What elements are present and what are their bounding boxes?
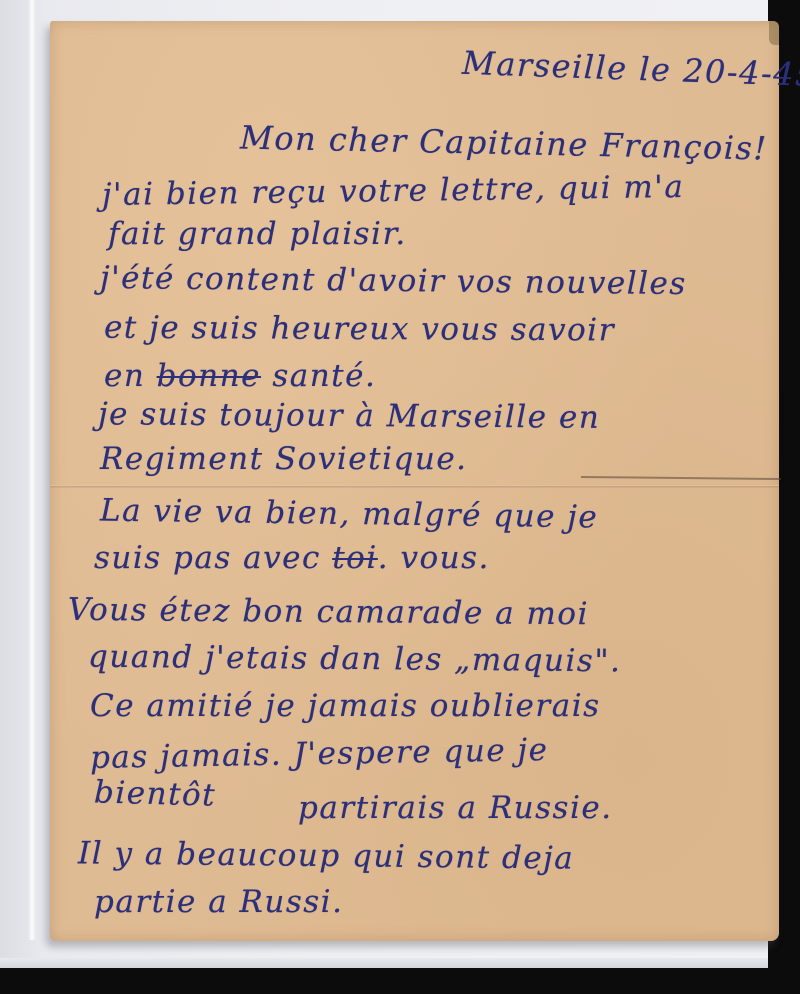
letter-line: bientôt: [94, 777, 217, 811]
letter-line: partirais a Russie.: [298, 793, 613, 824]
struck-word: bonne: [157, 358, 261, 394]
letter-line: Il y a beaucoup qui sont deja: [78, 838, 575, 874]
letter-line: Regiment Sovietique.: [100, 444, 468, 475]
letter-line: en bonne santé.: [104, 361, 376, 392]
letter-line: j'été content d'avoir vos nouvelles: [100, 263, 687, 300]
letter-line: j'ai bien reçu votre lettre, qui m'a: [102, 172, 685, 211]
paper-fold-line: [50, 485, 779, 488]
mount-edge-highlight: [28, 0, 36, 940]
struck-word: toi: [332, 540, 378, 576]
letter-line: La vie va bien, malgré que je: [100, 496, 599, 534]
salutation: Mon cher Capitaine François!: [240, 121, 768, 164]
letter-text: suis pas avec: [94, 540, 332, 576]
mount-bottom-edge: [0, 958, 768, 968]
letter-line: suis pas avec toi. vous.: [94, 543, 490, 574]
place-date: Marseille le 20-4-45: [462, 47, 800, 91]
letter-line: Ce amitié je jamais oublierais: [90, 691, 601, 722]
letter-line: pas jamais. J'espere que je: [90, 735, 549, 774]
paper-corner-stain: [769, 21, 779, 45]
letter-line: fait grand plaisir.: [108, 219, 407, 250]
paper-tear-line: [581, 476, 781, 480]
letter-text: santé.: [261, 358, 376, 394]
letter-text: . vous.: [378, 540, 490, 576]
letter-line: quand j'etais dan les „maquis".: [88, 642, 622, 678]
letter-line: Vous étez bon camarade a moi: [68, 595, 589, 631]
letter-paper: Marseille le 20-4-45 Mon cher Capitaine …: [50, 21, 779, 941]
letter-line: partie a Russi.: [94, 887, 343, 918]
letter-line: et je suis heureux vous savoir: [104, 313, 615, 347]
letter-text: en: [104, 358, 157, 394]
letter-line: je suis toujour à Marseille en: [98, 399, 600, 434]
